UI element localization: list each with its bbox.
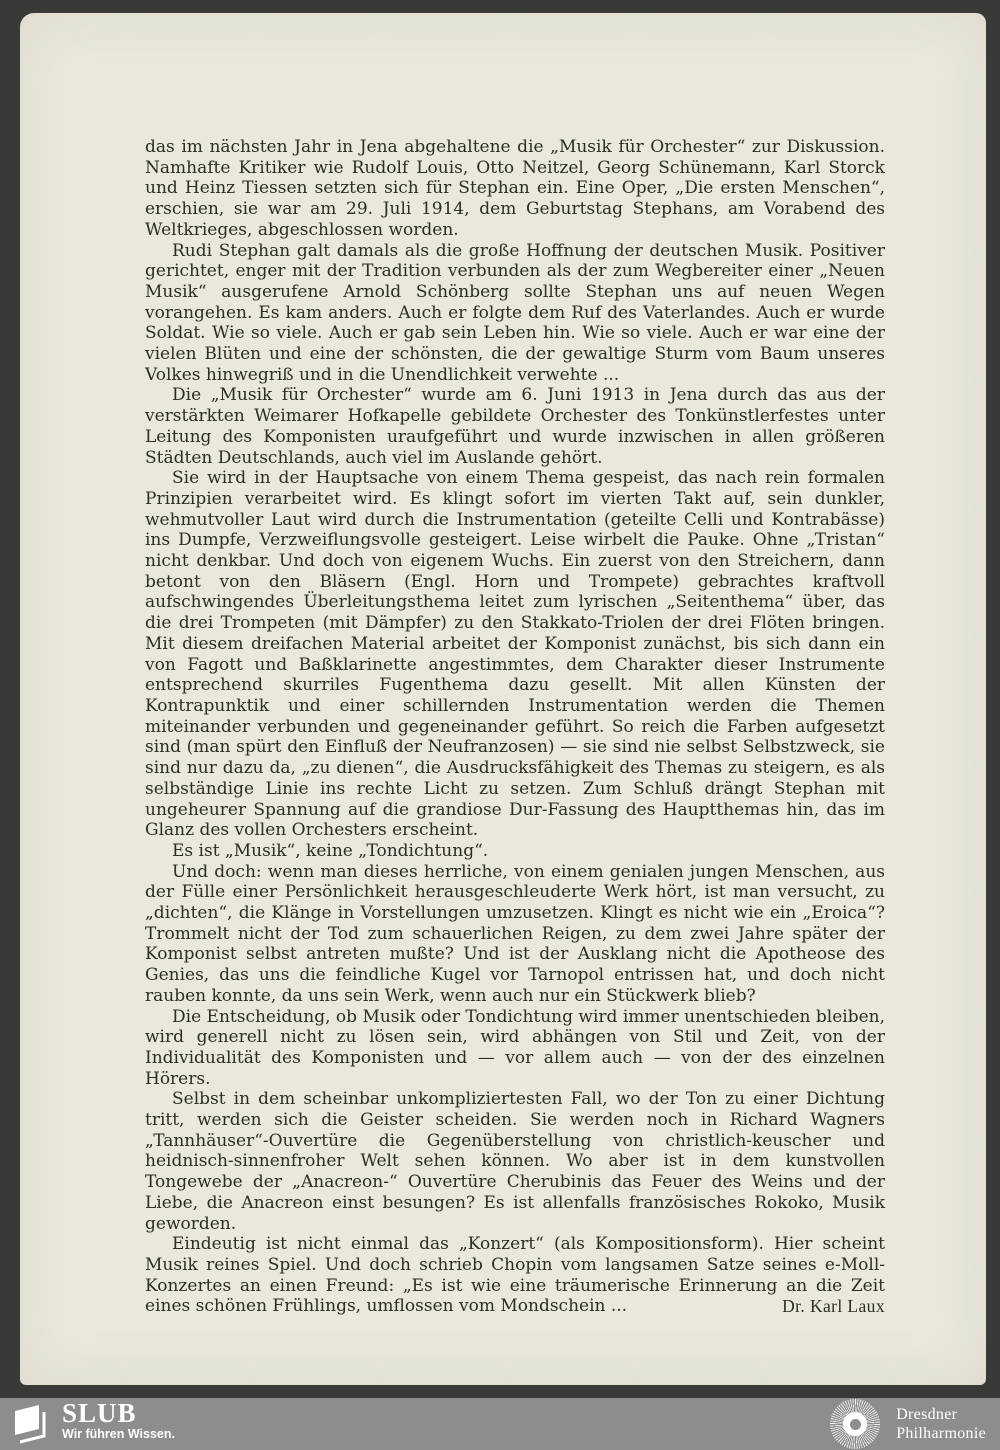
slub-tagline: Wir führen Wissen. (62, 1427, 175, 1442)
page-text: das im nächsten Jahr in Jena abgehaltene… (145, 137, 885, 1317)
scanned-page: das im nächsten Jahr in Jena abgehaltene… (20, 13, 986, 1385)
partner-name-line1: Dresdner (896, 1405, 986, 1424)
paragraph: Die Entscheidung, ob Musik oder Tondicht… (145, 1007, 885, 1090)
paragraph: Selbst in dem scheinbar unkompliziertest… (145, 1089, 885, 1234)
sunburst-icon (830, 1399, 880, 1449)
slub-text: SLUB Wir führen Wissen. (62, 1400, 175, 1442)
paragraph: Sie wird in der Hauptsache von einem The… (145, 468, 885, 841)
scan-background: das im nächsten Jahr in Jena abgehaltene… (0, 0, 1000, 1450)
watermark-bar: SLUB Wir führen Wissen. Dresdner Philhar… (0, 1398, 1000, 1450)
dresdner-philharmonie-wordmark: Dresdner Philharmonie (896, 1405, 986, 1443)
paragraph: das im nächsten Jahr in Jena abgehaltene… (145, 137, 885, 241)
paragraph: Und doch: wenn man dieses herrliche, von… (145, 862, 885, 1007)
paragraph: Rudi Stephan galt damals als die große H… (145, 241, 885, 386)
slub-wordmark: SLUB (62, 1400, 175, 1426)
paragraph: Es ist „Musik“, keine „Tondichtung“. (145, 841, 885, 862)
partner-name-line2: Philharmonie (896, 1424, 986, 1443)
slub-logo: SLUB Wir führen Wissen. (14, 1400, 175, 1449)
paragraph: Die „Musik für Orchester“ wurde am 6. Ju… (145, 385, 885, 468)
book-icon (14, 1403, 48, 1449)
dresdner-philharmonie-logo: Dresdner Philharmonie (830, 1399, 986, 1449)
